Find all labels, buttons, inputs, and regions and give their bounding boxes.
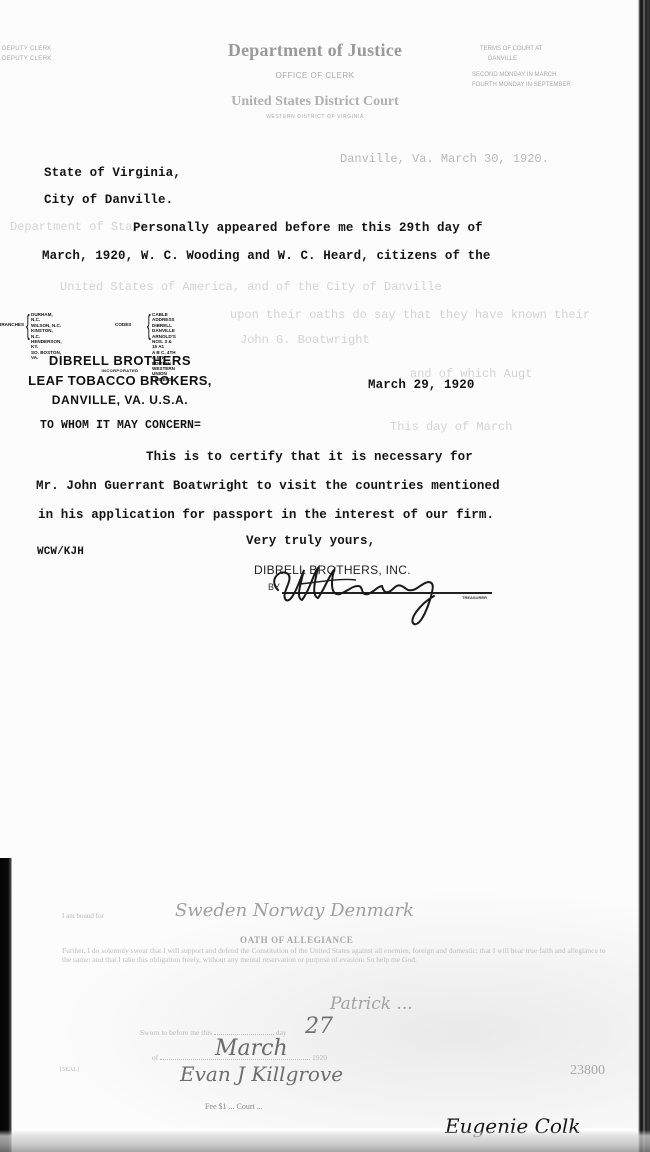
letterhead-court: United States District Court bbox=[150, 94, 480, 110]
letterhead-right-line: SECOND MONDAY IN MARCH bbox=[472, 70, 571, 80]
affidavit-witness-line: March, 1920, W. C. Wooding and W. C. Hea… bbox=[42, 249, 490, 263]
letter-body-line: Mr. John Guerrant Boatwright to visit th… bbox=[36, 479, 500, 493]
ghost-line: John G. Boatwright bbox=[240, 333, 370, 347]
handwritten-signature-icon bbox=[260, 560, 460, 630]
branch-item: DURHAM, N.C. bbox=[31, 312, 62, 323]
letterhead-title: Department of Justice bbox=[150, 40, 480, 61]
company-city: DANVILLE, VA. U.S.A. bbox=[20, 393, 220, 407]
ghost-line: Department of State bbox=[10, 220, 147, 234]
sworn-label: Sworn to before me this bbox=[140, 1028, 212, 1037]
branch-item: HENDERSON, KY. bbox=[31, 339, 62, 350]
letter-salutation: TO WHOM IT MAY CONCERN= bbox=[40, 419, 201, 432]
letterhead-right-line: DANVILLE bbox=[472, 54, 571, 64]
oath-title: OATH OF ALLEGIANCE bbox=[240, 935, 353, 945]
letterhead-right-faint: TERMS OF COURT AT DANVILLE SECOND MONDAY… bbox=[472, 44, 571, 90]
oath-number: 23800 bbox=[570, 1063, 605, 1079]
branches-label: BRANCHES bbox=[0, 322, 24, 327]
affidavit-city: City of Danville. bbox=[44, 193, 173, 207]
letter-body-line: This is to certify that it is necessary … bbox=[146, 450, 473, 464]
letterhead-right-line: FOURTH MONDAY IN SEPTEMBER bbox=[472, 80, 571, 90]
oath-sworn-month: March bbox=[215, 1036, 288, 1061]
letter-date: March 29, 1920 bbox=[368, 378, 474, 392]
document-page: DEPUTY CLERK DEPUTY CLERK Department of … bbox=[0, 0, 650, 1152]
letterhead-office: OFFICE OF CLERK bbox=[150, 71, 480, 80]
brace-icon: { bbox=[26, 311, 30, 339]
branch-item: KINSTON, N.C. bbox=[31, 328, 62, 339]
oath-bound-label: I am bound for bbox=[62, 912, 104, 920]
letterhead-left-faint: DEPUTY CLERK DEPUTY CLERK bbox=[2, 44, 52, 64]
letter-closing: Very truly yours, bbox=[246, 534, 375, 548]
letterhead-right-line: TERMS OF COURT AT bbox=[472, 44, 571, 54]
letterhead-left-line: DEPUTY CLERK bbox=[2, 44, 52, 54]
year-label: 1920 bbox=[312, 1053, 327, 1062]
ghost-line: upon their oaths do say that they have k… bbox=[230, 308, 590, 322]
ghost-line: United States of America, and of the Cit… bbox=[60, 280, 442, 294]
faint-date-line: Danville, Va. March 30, 1920. bbox=[340, 152, 549, 166]
codes-label: CODES bbox=[115, 322, 131, 327]
company-name: DIBRELL BROTHERS bbox=[20, 353, 220, 368]
code-item: ARNOLD'S NOS. 3 & 15 A1 bbox=[152, 334, 176, 350]
oath-seal-label: [SEAL] bbox=[60, 1067, 79, 1073]
oath-clerk-signature: Evan J Killgrove bbox=[180, 1062, 343, 1086]
code-item: CABLE ADDRESS bbox=[152, 312, 176, 323]
scan-edge-left bbox=[0, 858, 12, 1152]
of-label: of bbox=[152, 1053, 158, 1062]
letterhead-center-faint: Department of Justice OFFICE OF CLERK Un… bbox=[150, 40, 480, 120]
scan-edge-bottom bbox=[0, 1130, 650, 1152]
company-business: LEAF TOBACCO BROKERS, bbox=[20, 373, 220, 388]
code-item: DIBRELL DANVILLE bbox=[152, 323, 176, 334]
ghost-line: This day of March bbox=[390, 420, 512, 434]
affidavit-state: State of Virginia, bbox=[44, 166, 181, 180]
letterhead-left-line: DEPUTY CLERK bbox=[2, 54, 52, 64]
letterhead-district: WESTERN DISTRICT OF VIRGINIA bbox=[150, 114, 480, 120]
oath-body: Further, I do solemnly swear that I will… bbox=[62, 946, 607, 964]
oath-applicant-signature: Patrick ... bbox=[330, 994, 413, 1014]
signature-title: TREASURER bbox=[462, 595, 487, 600]
brace-icon: { bbox=[147, 311, 151, 339]
letter-initials: WCW/KJH bbox=[37, 546, 84, 558]
oath-bound-handwritten: Sweden Norway Denmark bbox=[175, 900, 414, 921]
oath-sworn-day: 27 bbox=[305, 1014, 333, 1039]
scan-edge-right bbox=[638, 0, 650, 1152]
letter-body-line: in his application for passport in the i… bbox=[38, 508, 494, 522]
oath-footer-stamp: Fee $1 ... Court ... bbox=[205, 1102, 263, 1111]
affidavit-appearance-line: Personally appeared before me this 29th … bbox=[133, 221, 483, 235]
